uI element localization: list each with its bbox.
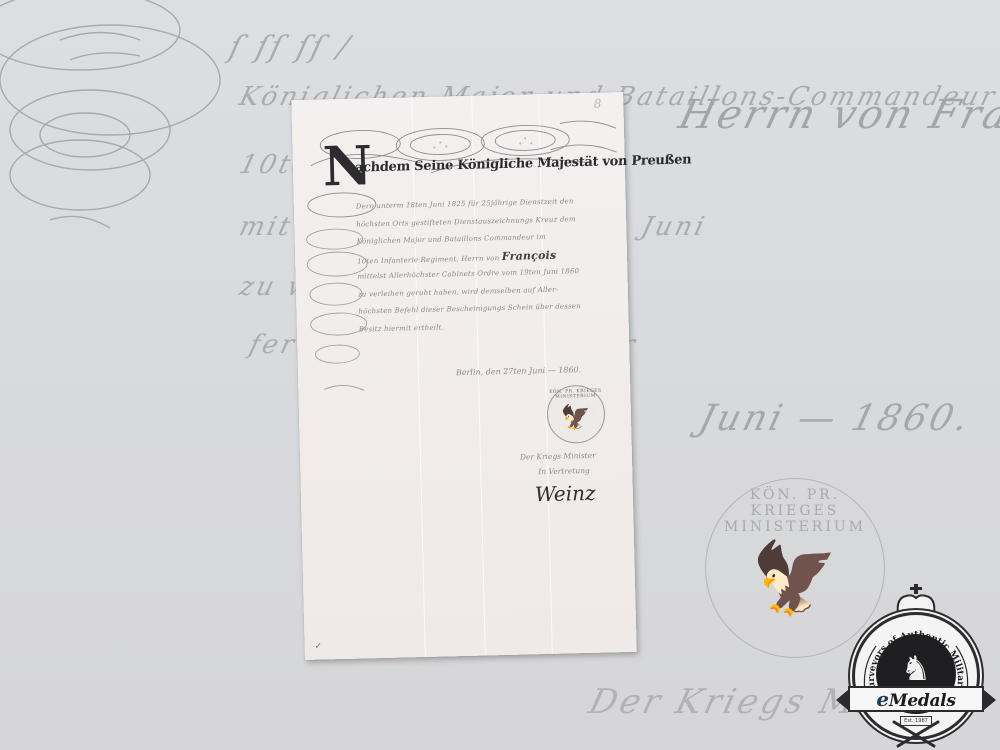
signatory-title: Der Kriegs Minister — [520, 450, 630, 462]
check-mark-icon: ✓ — [314, 642, 322, 652]
background-script-line: ſ ſſ ſſ / — [226, 30, 356, 65]
crossed-swords-icon — [886, 718, 946, 748]
background-script-line: Juni — 1860. — [695, 398, 975, 439]
background-seal-text: KÖN. PR. KRIEGES MINISTERIUM — [706, 487, 884, 535]
seal-text: KÖN. PR. KRIEGES MINISTERIUM — [547, 389, 603, 400]
handwritten-signature: Weinz — [535, 480, 632, 506]
eagle-icon: 🦅 — [561, 403, 592, 432]
logo-banner: eMedals — [848, 686, 984, 712]
background-script-line: Herrn von François — [674, 92, 1000, 138]
eagle-icon: 🦅 — [751, 537, 838, 620]
recipient-name: François — [502, 248, 557, 262]
emedals-watermark-logo: Purveyors of Authentic Militaria ♞ eMeda… — [842, 578, 990, 748]
certificate-document: 8 N achdem Seine Königlic — [291, 92, 637, 660]
rearing-horse-icon: ♞ — [901, 649, 931, 689]
ministry-ink-seal: KÖN. PR. KRIEGES MINISTERIUM 🦅 — [546, 385, 605, 444]
document-body: Dero unterm 18ten Juni 1825 für 25jährig… — [356, 192, 614, 338]
signature-block: Der Kriegs Minister In Vertretung Weinz — [520, 450, 631, 507]
place-and-date: Berlin, den 27ten Juni — 1860. — [456, 365, 581, 377]
brand-name: eMedals — [876, 687, 955, 711]
signatory-subtitle: In Vertretung — [538, 465, 630, 476]
flourish-ornament-icon — [0, 0, 270, 260]
